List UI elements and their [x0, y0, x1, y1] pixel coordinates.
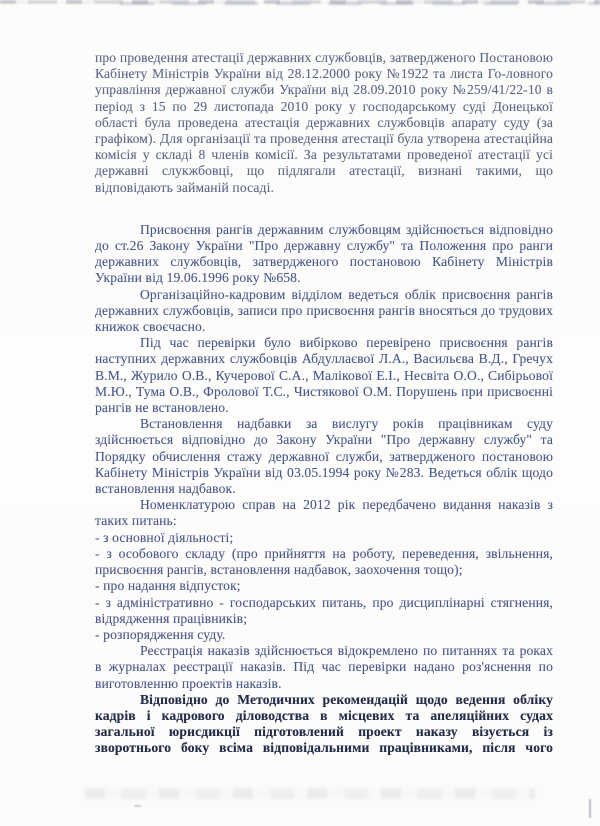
paragraph-rank-assignment: Присвоєння рангів державним службовцям з… [95, 222, 553, 287]
paragraph-nomenclature-2012: Номенклатурою справ на 2012 рік передбач… [95, 497, 553, 529]
document-text-block: про проведення атестації державних служб… [95, 50, 553, 757]
scan-artifact-bottom-band [85, 788, 535, 799]
scan-artifact-speck [134, 805, 141, 807]
scan-artifact-top-edge-secondary [120, 2, 600, 5]
paragraph-methodical-recommendations-bold: Відповідно до Методичних рекомендацій що… [95, 692, 553, 757]
paragraph-seniority-allowance: Встановлення надбавки за вислугу років п… [95, 416, 553, 497]
paragraph-rank-verification: Під час перевірки було вибірково перевір… [95, 335, 553, 416]
paragraph-hr-department-records: Організаційно-кадровим відділом ведеться… [95, 287, 553, 336]
list-item-vacations: - про надання відпусток; [95, 578, 553, 594]
list-item-core-activity: - з основної діяльності; [95, 530, 553, 546]
paragraph-order-registration: Реєстрація наказів здійснюється відокрем… [95, 643, 553, 692]
document-page: про проведення атестації державних служб… [0, 0, 600, 826]
scan-artifact-right-tick [589, 799, 591, 818]
paragraph-attestation-continuation: про проведення атестації державних служб… [95, 50, 553, 196]
list-item-court-orders: - розпорядження суду. [95, 627, 553, 643]
list-item-personnel: - з особового складу (про прийняття на р… [95, 546, 553, 578]
list-item-administrative: - з адміністративно - господарських пита… [95, 595, 553, 627]
